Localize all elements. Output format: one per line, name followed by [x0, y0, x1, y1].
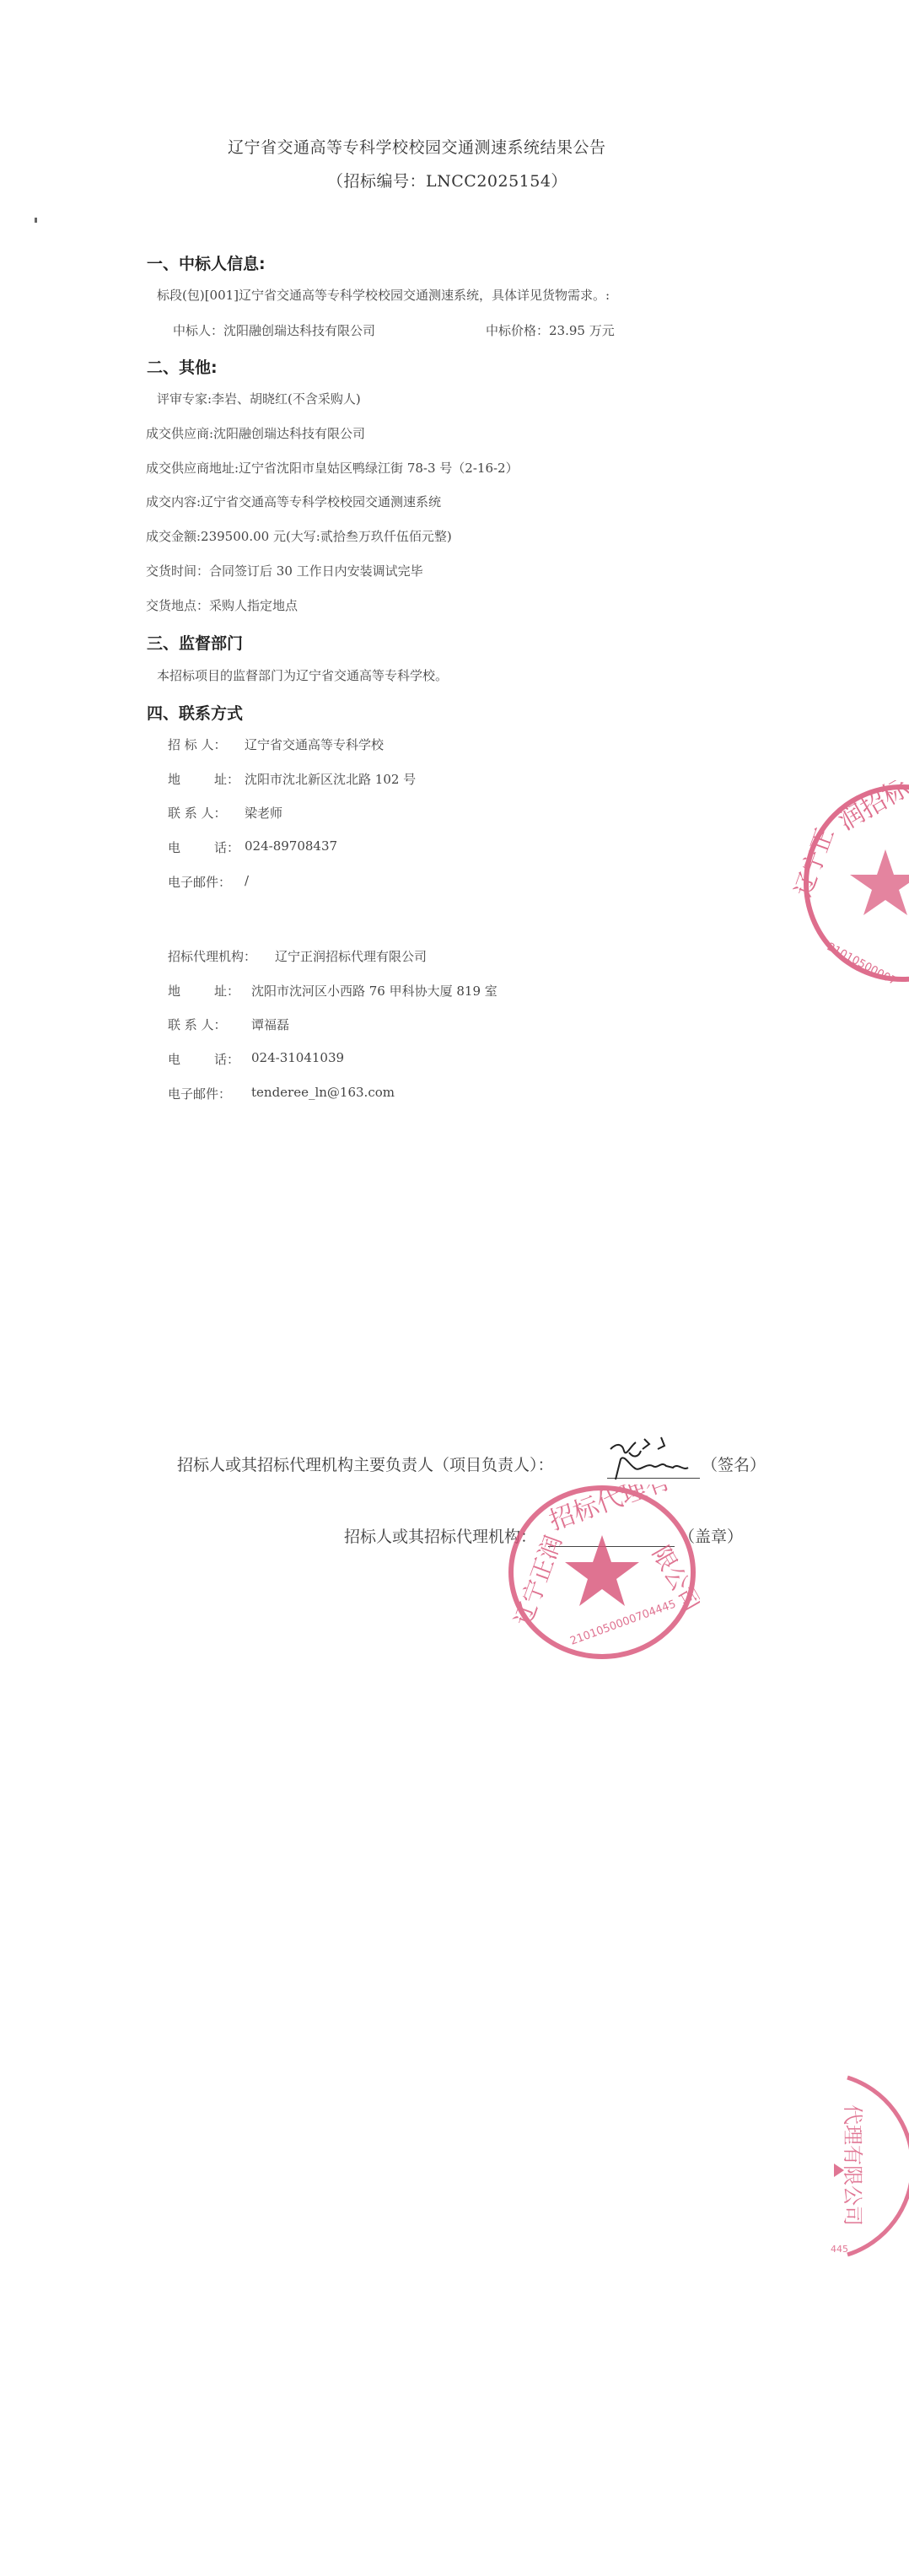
svg-text:招标代理有: 招标代理有: [546, 1485, 675, 1537]
delivery-place: 交货地点：采购人指定地点: [146, 596, 298, 614]
tenderer-phone-label-2: 话：: [214, 838, 239, 856]
agency-phone-value: 024-31041039: [251, 1050, 344, 1065]
agency-phone-label: 电: [168, 1050, 180, 1068]
section-heading-winner: 一、中标人信息:: [147, 251, 266, 274]
svg-text:2101050000704445: 2101050000704445: [568, 1598, 677, 1647]
tenderer-email-label: 电子邮件：: [168, 873, 231, 891]
document-title: 辽宁省交通高等专科学校校园交通测速系统结果公告: [228, 135, 606, 158]
deal-amount: 成交金额:239500.00 元(大写:贰拾叁万玖仟伍佰元整): [146, 527, 452, 545]
winning-price: 中标价格：23.95 万元: [486, 321, 615, 339]
svg-text:445: 445: [831, 2244, 848, 2255]
agency-address-label-2: 址：: [214, 982, 239, 1000]
tenderer-phone-label: 电: [168, 838, 180, 856]
handwritten-signature: [605, 1434, 707, 1483]
tenderer-value: 辽宁省交通高等专科学校: [245, 736, 384, 753]
section-heading-supervision: 三、监督部门: [147, 631, 243, 654]
tenderer-address-label: 地: [168, 770, 180, 788]
responsible-signature-label: 招标人或其招标代理机构主要负责人（项目负责人）：: [177, 1452, 554, 1475]
review-experts: 评审专家:李岩、胡晓红(不含采购人): [157, 390, 361, 407]
agency-email-label: 电子邮件：: [168, 1085, 231, 1102]
tenderer-phone-value: 024-89708437: [245, 838, 337, 854]
winner-name: 中标人：沈阳融创瑞达科技有限公司: [173, 321, 375, 339]
sign-suffix: （签名）: [702, 1452, 766, 1475]
supervision-text: 本招标项目的监督部门为辽宁省交通高等专科学校。: [157, 666, 448, 684]
agency-email-value: tenderee_ln@163.com: [251, 1085, 395, 1100]
scan-mark: [35, 218, 37, 223]
section-heading-contact: 四、联系方式: [147, 701, 243, 724]
agency-contact-label: 联 系 人：: [168, 1016, 227, 1033]
deal-content: 成交内容:辽宁省交通高等专科学校校园交通测速系统: [146, 493, 441, 510]
deal-supplier: 成交供应商:沈阳融创瑞达科技有限公司: [146, 424, 365, 442]
supplier-address: 成交供应商地址:辽宁省沈阳市皇姑区鸭绿江街 78-3 号（2-16-2）: [146, 459, 519, 477]
agency-address-value: 沈阳市沈河区小西路 76 甲科协大厦 819 室: [251, 982, 498, 1000]
agency-contact-value: 谭福磊: [251, 1016, 289, 1033]
company-seal-partial-top: 润招标 辽宁正 21010500007: [793, 780, 909, 987]
tenderer-address-label-2: 址：: [214, 770, 239, 788]
agency-phone-label-2: 话：: [214, 1050, 239, 1068]
tenderer-contact-label: 联 系 人：: [168, 804, 227, 822]
agency-label: 招标代理机构：: [168, 947, 256, 965]
company-seal: 招标代理有 限公司 辽宁正润 2101050000704445: [504, 1485, 700, 1662]
tenderer-contact-value: 梁老师: [245, 804, 282, 822]
tender-number: （招标编号：LNCC2025154）: [327, 169, 567, 191]
tenderer-email-value: /: [245, 873, 249, 888]
svg-text:润招标: 润招标: [834, 780, 909, 837]
company-seal-partial-bottom: 代理有限公司 445: [831, 2071, 909, 2261]
svg-text:辽宁正: 辽宁正: [793, 824, 839, 900]
tenderer-label: 招 标 人：: [168, 736, 227, 753]
tenderer-address-value: 沈阳市沈北新区沈北路 102 号: [245, 770, 416, 788]
agency-value: 辽宁正润招标代理有限公司: [275, 947, 427, 965]
package-line: 标段(包)[001]辽宁省交通高等专科学校校园交通测速系统，具体详见货物需求。:: [157, 286, 610, 304]
svg-text:代理有限公司: 代理有限公司: [841, 2104, 864, 2226]
agency-address-label: 地: [168, 982, 180, 1000]
svg-text:21010500007: 21010500007: [825, 940, 898, 987]
section-heading-other: 二、其他:: [147, 355, 218, 378]
delivery-time: 交货时间：合同签订后 30 工作日内安装调试完毕: [146, 562, 423, 579]
